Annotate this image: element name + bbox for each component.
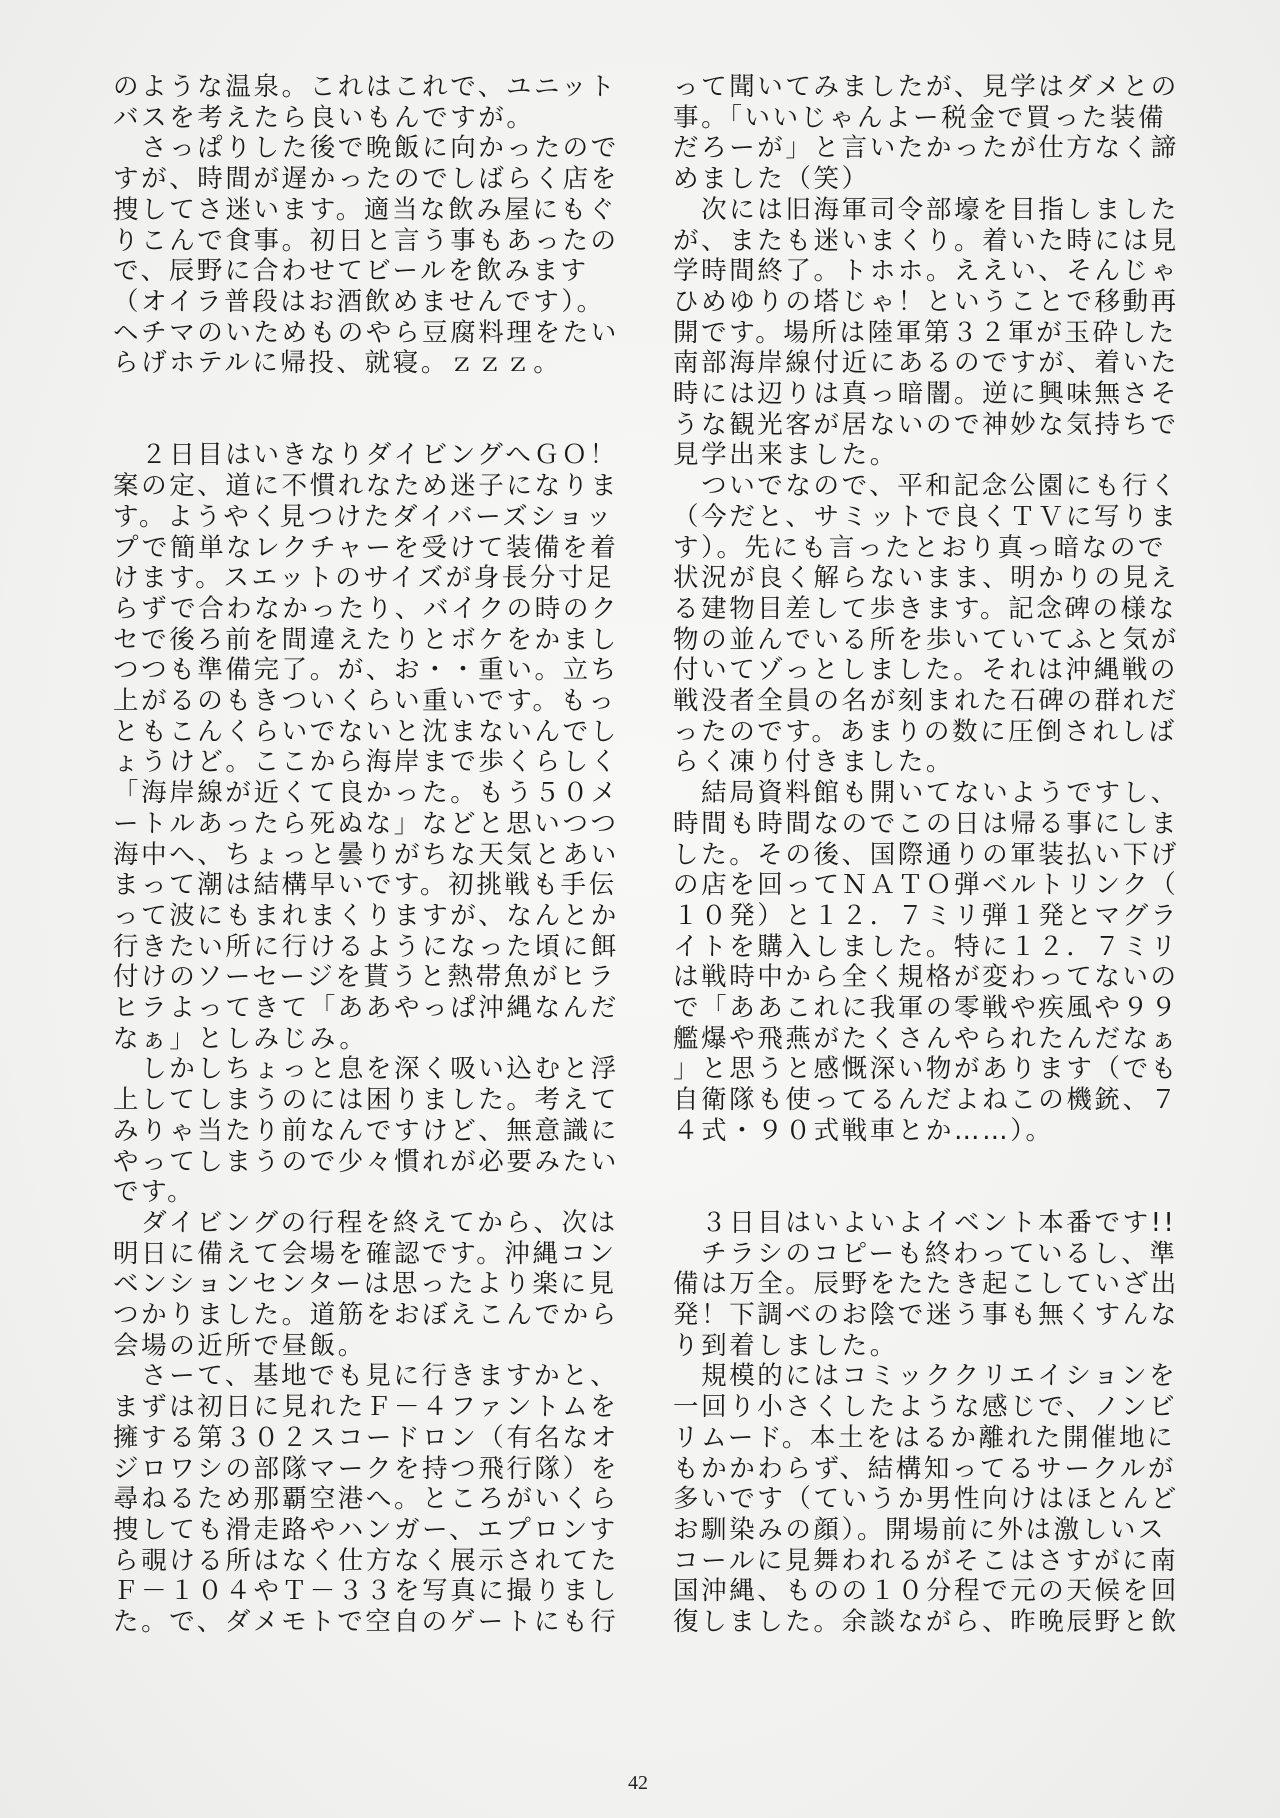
text-line: やってしまうので少々慣れが必要みたい: [113, 1147, 619, 1177]
text-line: セで後ろ前を間違えたりとボケをかまし: [113, 625, 619, 655]
text-line: 備は万全。辰野をたたき起こしていざ出: [673, 1269, 1179, 1299]
text-line: 物の並んでいる所を歩いていてふと気が: [673, 625, 1179, 655]
text-line: 捜してさ迷います。適当な飲み屋にもぐ: [113, 195, 617, 225]
text-line: さーて、基地でも見に行きますかと、: [113, 1361, 618, 1391]
text-line: が、またも迷いまくり。着いた時には見: [673, 226, 1179, 256]
text-line: 戦没者全員の名が刻まれた石碑の群れだ: [673, 686, 1179, 716]
text-line: 自衛隊も使ってるんだよねこの機銃、７: [673, 1085, 1179, 1115]
text-line: ベンションセンターは思ったより楽に見: [113, 1269, 617, 1299]
text-line: けます。スエットのサイズが身長分寸足: [113, 563, 614, 593]
text-line: 事。「いいじゃんよー税金で買った装備: [673, 103, 1166, 133]
text-line: 上がるのもきついくらい重いです。もっ: [113, 686, 617, 716]
text-line: ら覗ける所はなく仕方なく展示されてた: [113, 1546, 619, 1576]
text-line: お馴染みの顔）。開場前に外は激しいス: [673, 1515, 1166, 1545]
text-line: の店を回ってＮＡＴＯ弾ベルトリンク（: [673, 870, 1178, 900]
text-line: 見学出来ました。: [673, 440, 898, 470]
text-line: 国沖縄、ものの１０分程で元の天候を回: [673, 1576, 1179, 1606]
text-line: 多いです（ていうか男性向けはほとんど: [673, 1484, 1179, 1514]
text-line: は戦時中から全く規格が変わってないの: [673, 962, 1179, 992]
text-line: （今だと、サミットで良くＴＶに写りま: [673, 502, 1178, 532]
text-line: ついでなので、平和記念公園にも行く: [673, 471, 1178, 501]
text-line: 復しました。余談ながら、昨晩辰野と飲: [673, 1607, 1179, 1637]
text-line: リムード。本土をはるか離れた開催地に: [673, 1423, 1175, 1453]
text-line: 擁する第３０２スコードロン（有名なオ: [113, 1423, 619, 1453]
text-line: １０発）と１２．７ミリ弾１発とマグラ: [673, 901, 1179, 931]
text-line: バスを考えたら良いもんですが。: [113, 103, 535, 133]
text-line: です。: [113, 1177, 195, 1207]
text-line: 案の定、道に不慣れなため迷子になりま: [113, 471, 619, 501]
text-line: らずで合わなかったり、バイクの時のク: [113, 594, 619, 624]
text-line: のような温泉。これはこれで、ユニット: [113, 72, 617, 102]
text-line: りこんで食事。初日と言う事もあったの: [113, 226, 619, 256]
page-number: 42: [628, 1772, 648, 1795]
text-line: もかかわらず、結構知ってるサークルが: [673, 1454, 1176, 1484]
text-line: ひめゆりの塔じゃ！ということで移動再: [673, 287, 1179, 317]
text-line: 次には旧海軍司令部壕を目指しました: [673, 195, 1179, 225]
text-line: ヒラよってきて「ああやっぱ沖縄なんだ: [113, 993, 619, 1023]
text-line: （オイラ普段はお酒飲めませんです）。: [113, 287, 605, 317]
text-line: コールに見舞われるがそこはさすがに南: [673, 1546, 1178, 1576]
text-line: ヘチマのいためものやら豆腐料理をたい: [113, 318, 619, 348]
text-line: らく凍り付きました。: [673, 747, 954, 777]
text-line: って聞いてみましたが、見学はダメとの: [673, 72, 1179, 102]
text-line: 上してしまうのには困りました。考えて: [113, 1085, 619, 1115]
text-line: めました（笑）: [673, 164, 870, 194]
text-line: まずは初日に見れたＦ－４ファントムを: [113, 1392, 618, 1422]
text-line: た。で、ダメモトで空自のゲートにも行: [113, 1607, 618, 1637]
text-line: らげホテルに帰投、就寝。ｚｚｚ。: [113, 348, 561, 378]
text-line: り到着しました。: [673, 1331, 898, 1361]
text-line: Ｆ－１０４やＴ－３３を写真に撮りまし: [113, 1576, 619, 1606]
text-line: 行きたい所に行けるようになった頃に餌: [113, 932, 619, 962]
text-line: ダイビングの行程を終えてから、次は: [113, 1208, 618, 1238]
text-line: うな観光客が居ないので神妙な気持ちで: [673, 410, 1179, 440]
text-line: 「海岸線が近くて良かった。もう５０メ: [113, 778, 619, 808]
text-line: ２日目はいきなりダイビングへＧＯ！: [113, 440, 618, 470]
text-line: 海中へ、ちょっと曇りがちな天気とあい: [113, 840, 619, 870]
text-line: 学時間終了。トホホ。ええい、そんじゃ: [673, 256, 1179, 286]
text-line: 発！下調べのお陰で迷う事も無くすんな: [673, 1300, 1179, 1330]
text-line: 尋ねるため那覇空港へ。ところがいくら: [113, 1484, 619, 1514]
text-line: しかしちょっと息を深く吸い込むと浮: [113, 1054, 619, 1084]
text-line: まって潮は結構早いです。初挑戦も手伝: [113, 870, 617, 900]
text-line: ４式・９０式戦車とか……）。: [673, 1116, 1054, 1146]
text-line: すが、時間が遅かったのでしばらく店を: [113, 164, 619, 194]
text-line: した。その後、国際通りの軍装払い下げ: [673, 840, 1179, 870]
text-line: 時には辺りは真っ暗闇。逆に興味無さそ: [673, 379, 1179, 409]
text-line: 一回り小さくしたような感じで、ノンビ: [673, 1392, 1177, 1422]
text-line: す。ようやく見つけたダイバーズショッ: [113, 502, 614, 532]
text-line: なぁ」としみじみ。: [113, 1024, 367, 1054]
text-line: 状況が良く解らないまま、明かりの見え: [673, 563, 1179, 593]
text-line: 会場の近所で昼飯。: [113, 1331, 366, 1361]
text-line: る建物目差して歩きます。記念碑の様な: [673, 594, 1177, 624]
text-line: だろーが」と言いたかったが仕方なく諦: [673, 133, 1179, 163]
text-line: 付いてゾっとしました。それは沖縄戦の: [673, 655, 1178, 685]
text-line: さっぱりした後で晩飯に向かったので: [113, 133, 619, 163]
text-line: 艦爆や飛燕がたくさんやられたんだなぁ: [673, 1024, 1179, 1054]
text-line: ３日目はいよいよイベント本番です!!: [673, 1208, 1176, 1238]
text-line: 開です。場所は陸軍第３２軍が玉砕した: [673, 318, 1177, 348]
text-line: 南部海岸線付近にあるのですが、着いた: [673, 348, 1179, 378]
text-line: つつも準備完了。が、お・・重い。立ち: [113, 655, 619, 685]
text-line: 規模的にはコミッククリエイションを: [673, 1361, 1177, 1391]
text-line: プで簡単なレクチャーを受けて装備を着: [113, 533, 618, 563]
text-line: ジロワシの部隊マークを持つ飛行隊）を: [113, 1454, 619, 1484]
text-line: 付けのソーセージを貰うと熱帯魚がヒラ: [113, 962, 616, 992]
text-line: って波にもまれまくりますが、なんとか: [113, 901, 619, 931]
text-line: チラシのコピーも終わっているし、準: [673, 1239, 1178, 1269]
text-line: みりゃ当たり前なんですけど、無意識に: [113, 1116, 619, 1146]
text-line: 時間も時間なのでこの日は帰る事にしま: [673, 809, 1179, 839]
text-line: イトを購入しました。特に１２．７ミリ: [673, 932, 1179, 962]
text-line: で、辰野に合わせてビールを飲みます: [113, 256, 589, 286]
text-line: 捜しても滑走路やハンガー、エプロンす: [113, 1515, 618, 1545]
document-page: のような温泉。これはこれで、ユニットバスを考えたら良いもんですが。 さっぱりした…: [0, 0, 1280, 1818]
text-line: 結局資料館も開いてないようですし、: [673, 778, 1179, 808]
text-line: で「ああこれに我軍の零戦や疾風や９９: [673, 993, 1179, 1023]
text-line: す）。先にも言ったとおり真っ暗なので: [673, 533, 1166, 563]
text-line: ートルあったら死ぬな」などと思いつつ: [113, 809, 619, 839]
text-line: つかりました。道筋をおぼえこんでから: [113, 1300, 619, 1330]
text-line: ょうけど。ここから海岸まで歩くらしく: [113, 747, 619, 777]
text-line: ったのです。あまりの数に圧倒されしば: [673, 717, 1177, 747]
text-line: 」と思うと感慨深い物があります（でも: [673, 1054, 1179, 1084]
text-line: 明日に備えて会場を確認です。沖縄コン: [113, 1239, 617, 1269]
text-line: ともこんくらいでないと沈まないんでし: [113, 717, 619, 747]
